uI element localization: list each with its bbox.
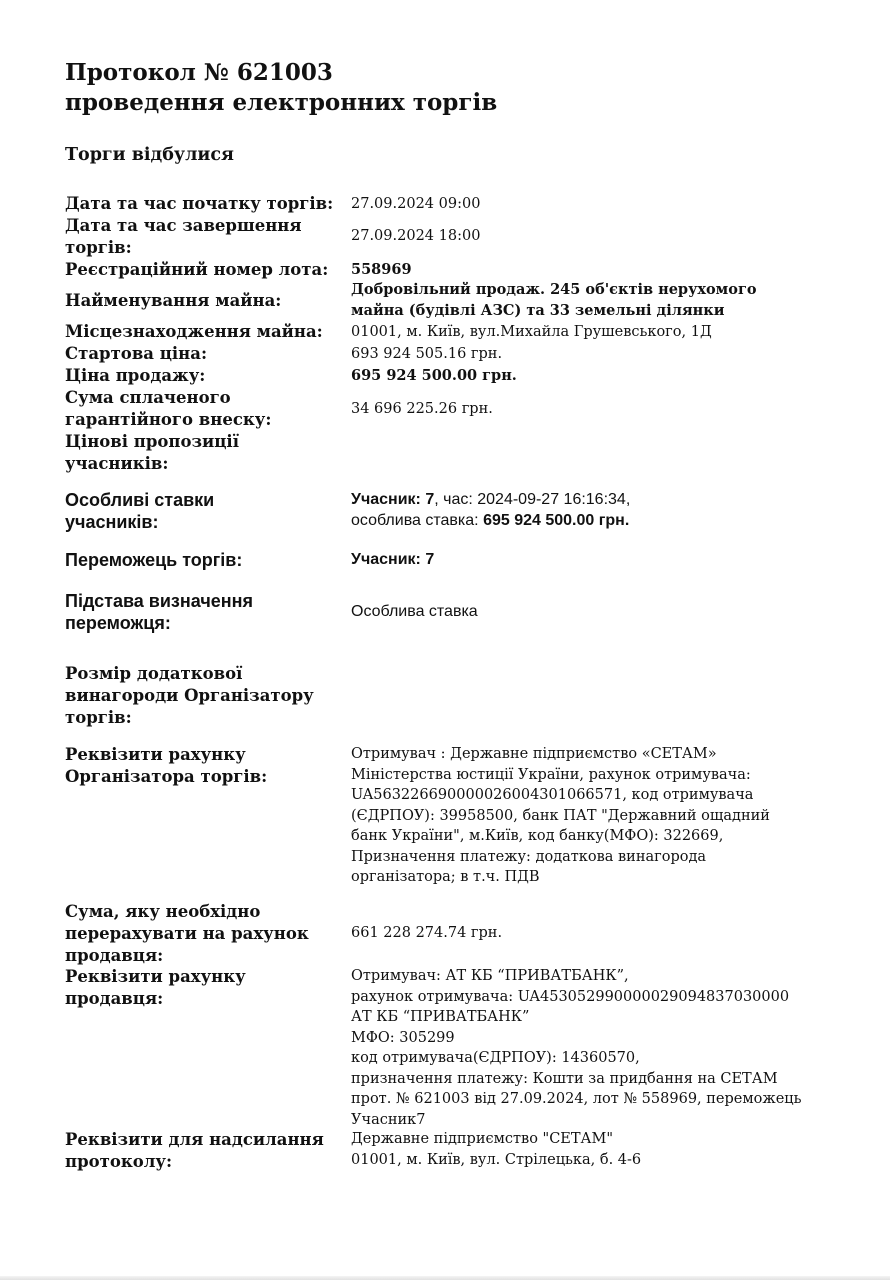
field-label-line: Організатора торгів:: [65, 766, 345, 788]
field-label: Реквізити для надсилання протоколу:: [65, 1129, 345, 1173]
field-value: Особлива ставка: [351, 601, 841, 622]
field-value: 27.09.2024 09:00: [351, 194, 841, 215]
field-value-line: Отримувач : Державне підприємство «СЕТАМ…: [351, 744, 841, 765]
field-value: 34 696 225.26 грн.: [351, 399, 841, 420]
field-value-line: прот. № 621003 від 27.09.2024, лот № 558…: [351, 1089, 841, 1110]
field-label-line: Реквізити рахунку: [65, 966, 345, 988]
field-label-line: продавця:: [65, 988, 345, 1010]
title-line-1: Протокол № 621003: [65, 58, 497, 88]
field-label-line: торгів:: [65, 237, 345, 259]
field-label: Стартова ціна:: [65, 343, 345, 365]
protocol-page: Протокол № 621003 проведення електронних…: [0, 0, 890, 1276]
field-value: 27.09.2024 18:00: [351, 226, 841, 247]
field-value-line: (ЄДРПОУ): 39958500, банк ПАТ "Державний …: [351, 806, 841, 827]
field-label-line: перерахувати на рахунок: [65, 923, 345, 945]
field-label-line: учасників:: [65, 453, 345, 475]
field-label-line: переможця:: [65, 612, 345, 634]
field-value: 558969: [351, 260, 841, 281]
field-value-line: АТ КБ “ПРИВАТБАНК”: [351, 1007, 841, 1028]
field-value-line: Отримувач: АТ КБ “ПРИВАТБАНК”,: [351, 966, 841, 987]
bid-time: , час: 2024-09-27 16:16:34,: [434, 491, 630, 508]
field-value-line: рахунок отримувача: UA453052990000029094…: [351, 987, 841, 1008]
document-title: Протокол № 621003 проведення електронних…: [65, 58, 497, 118]
field-label-line: Дата та час завершення: [65, 215, 345, 237]
field-value: 01001, м. Київ, вул.Михайла Грушевського…: [351, 322, 841, 343]
field-value-line: Міністерства юстиції України, рахунок от…: [351, 765, 841, 786]
field-value: Державне підприємство "СЕТАМ" 01001, м. …: [351, 1129, 841, 1170]
field-value-line: призначення платежу: Кошти за придбання …: [351, 1069, 841, 1090]
field-value-line: банк України", м.Київ, код банку(МФО): 3…: [351, 826, 841, 847]
field-value: Отримувач : Державне підприємство «СЕТАМ…: [351, 744, 841, 888]
special-bid-line-1: Учасник: 7, час: 2024-09-27 16:16:34,: [351, 489, 841, 510]
field-value-line: майна (будівлі АЗС) та 33 земельні ділян…: [351, 301, 841, 322]
bid-label: особлива ставка:: [351, 512, 479, 529]
field-label: Розмір додаткової винагороди Організатор…: [65, 663, 345, 729]
field-value-line: Призначення платежу: додаткова винагород…: [351, 847, 841, 868]
field-label: Сума, яку необхідно перерахувати на раху…: [65, 901, 345, 967]
field-label-line: Реквізити рахунку: [65, 744, 345, 766]
field-label-line: Цінові пропозиції: [65, 431, 345, 453]
participant-number: 7: [425, 491, 434, 508]
field-value: 695 924 500.00 грн.: [351, 366, 841, 387]
field-label-line: Сума сплаченого: [65, 387, 345, 409]
field-value-line: код отримувача(ЄДРПОУ): 14360570,: [351, 1048, 841, 1069]
field-label-line: протоколу:: [65, 1151, 345, 1173]
field-value-line: 01001, м. Київ, вул. Стрілецька, б. 4-6: [351, 1150, 841, 1171]
field-label-line: учасників:: [65, 511, 345, 533]
field-value-line: організатора; в т.ч. ПДВ: [351, 867, 841, 888]
field-label: Найменування майна:: [65, 290, 345, 312]
field-label-line: торгів:: [65, 707, 345, 729]
field-label: Ціна продажу:: [65, 365, 345, 387]
field-label: Реєстраційний номер лота:: [65, 259, 345, 281]
field-label-line: гарантійного внеску:: [65, 409, 345, 431]
auction-status: Торги відбулися: [65, 144, 234, 166]
field-value: Учасник: 7, час: 2024-09-27 16:16:34, ос…: [351, 489, 841, 531]
field-label-line: продавця:: [65, 945, 345, 967]
field-value-line: МФО: 305299: [351, 1028, 841, 1049]
field-label: Дата та час початку торгів:: [65, 193, 345, 215]
field-value: 661 228 274.74 грн.: [351, 923, 841, 944]
field-value-line: UA563226690000026004301066571, код отрим…: [351, 785, 841, 806]
field-label-line: Підстава визначення: [65, 590, 345, 612]
field-label: Реквізити рахунку продавця:: [65, 966, 345, 1010]
field-label-line: Сума, яку необхідно: [65, 901, 345, 923]
field-label-line: Особливі ставки: [65, 489, 345, 511]
field-value: Учасник: 7: [351, 549, 841, 570]
field-value: 693 924 505.16 грн.: [351, 344, 841, 365]
field-value-line: Учасник7: [351, 1110, 841, 1131]
participant-label: Учасник:: [351, 491, 421, 508]
field-label: Місцезнаходження майна:: [65, 321, 345, 343]
field-label-line: винагороди Організатору: [65, 685, 345, 707]
field-label: Підстава визначення переможця:: [65, 590, 345, 634]
field-label: Дата та час завершення торгів:: [65, 215, 345, 259]
field-label: Особливі ставки учасників:: [65, 489, 345, 533]
field-label-line: Реквізити для надсилання: [65, 1129, 345, 1151]
field-value: Добровільний продаж. 245 об'єктів нерухо…: [351, 280, 841, 321]
field-label: Цінові пропозиції учасників:: [65, 431, 345, 475]
field-label: Реквізити рахунку Організатора торгів:: [65, 744, 345, 788]
field-value: Отримувач: АТ КБ “ПРИВАТБАНК”, рахунок о…: [351, 966, 841, 1130]
field-label: Сума сплаченого гарантійного внеску:: [65, 387, 345, 431]
special-bid-line-2: особлива ставка: 695 924 500.00 грн.: [351, 510, 841, 531]
field-value-line: Добровільний продаж. 245 об'єктів нерухо…: [351, 280, 841, 301]
bid-value: 695 924 500.00 грн.: [483, 512, 629, 529]
field-label: Переможець торгів:: [65, 549, 345, 571]
page-bottom-edge: [0, 1276, 890, 1280]
field-label-line: Розмір додаткової: [65, 663, 345, 685]
field-value-line: Державне підприємство "СЕТАМ": [351, 1129, 841, 1150]
title-line-2: проведення електронних торгів: [65, 88, 497, 118]
